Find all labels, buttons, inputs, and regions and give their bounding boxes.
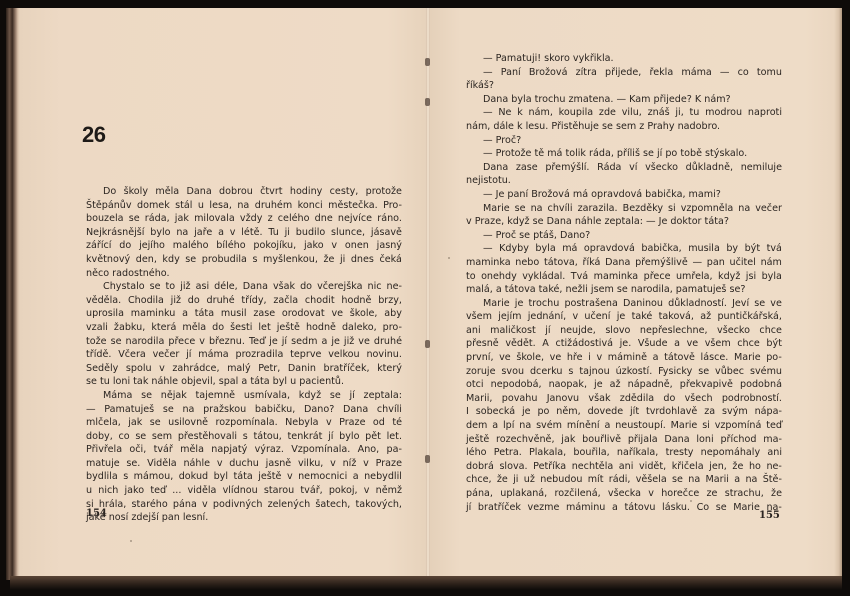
text-line: malá, a tátova také, nežli jsem se narod… bbox=[466, 283, 782, 297]
text-line: květnovýden,kdyseprobudilasmyšlenkou,žej… bbox=[86, 253, 402, 267]
text-line: mlčela,jakseusilovněrozpomínala.NebylavP… bbox=[86, 416, 402, 430]
right-page-text: — Pamatuji! skoro vykřikla.—PaníBrožováz… bbox=[466, 52, 782, 514]
text-line: říkáš? bbox=[466, 79, 782, 93]
book-spine bbox=[426, 8, 430, 578]
paper-speck bbox=[130, 540, 132, 542]
text-line: demalpínasvémmíněníaneustoupí.Mariesivzp… bbox=[466, 419, 782, 433]
text-line: Dana byla trochu zmatena. — Kam přijede?… bbox=[466, 93, 782, 107]
binding-stitch bbox=[425, 58, 430, 66]
text-line: jaké nosí zdejší pan lesní. bbox=[86, 511, 402, 525]
text-line: unichjakoteď...vidělavlídnoustaroutvář,p… bbox=[86, 484, 402, 498]
text-line: první,veškole,vehřeivmáminěatátovělásce.… bbox=[466, 351, 782, 365]
text-line: —PaníBrožovázítrapřijede,řeklamáma—cotom… bbox=[466, 66, 782, 80]
text-line: doby,cosesempřestěhovalistátou,tenkrátjí… bbox=[86, 430, 402, 444]
right-page-number: 155 bbox=[759, 510, 780, 521]
text-line: věděla.Chodilajiždodruhétřídy,začlachodi… bbox=[86, 294, 402, 308]
text-line: ještěrozechvěně,jakbouřlivěpřijalaDanalo… bbox=[466, 433, 782, 447]
binding-stitch bbox=[425, 98, 430, 106]
text-line: otcinepodobá,naopak,jeažnápadně,překvapi… bbox=[466, 378, 782, 392]
text-line: MariejetrochupostrašenaDaninoudůkladnost… bbox=[466, 297, 782, 311]
text-line: zorujesvoudcerkustajnouúzkostí.Fysickyse… bbox=[466, 365, 782, 379]
text-line: Danazasepřemýšlí.Rádavívšeckodůkladně,ne… bbox=[466, 161, 782, 175]
text-line: — Proč se ptáš, Dano? bbox=[466, 229, 782, 243]
text-line: Mariesenachvílizarazila.Bezděkysivzpomně… bbox=[466, 202, 782, 216]
text-line: sihrála,staréhopánavpodivnýchzelenýchšat… bbox=[86, 498, 402, 512]
text-line: se tu loni tak náhle objevil, spal a tát… bbox=[86, 375, 402, 389]
book-left-edge bbox=[6, 8, 20, 580]
text-line: —Kdybybylamáopravdovábabička,musilabybýt… bbox=[466, 242, 782, 256]
text-line: Chystalosetojižasidéle,Danavšakdovčerejš… bbox=[86, 280, 402, 294]
text-line: matujese.Vidělanáhlevduchujasněvilku,vní… bbox=[86, 457, 402, 471]
text-line: — Je paní Brožová má opravdová babička, … bbox=[466, 188, 782, 202]
text-line: uprosilamaminkuatátamusilzaseorodovatveš… bbox=[86, 307, 402, 321]
text-line: léhoPetra.Plakala,bouřila,naříkala,trest… bbox=[466, 446, 782, 460]
paper-speck bbox=[448, 257, 450, 259]
text-line: přesněvědět.Actižádostiváje.Všudeavevšem… bbox=[466, 337, 782, 351]
text-line: bouzelaseráda,jakmilovalavždyzceléhodnen… bbox=[86, 212, 402, 226]
left-page-text: DoškolymělaDanadobroučtvrthodinycesty,pr… bbox=[86, 185, 402, 525]
text-line: dobráslova.Petříkanechtělaanividět,křiče… bbox=[466, 460, 782, 474]
text-line: Marii,povahuJanovuvšakzdědiladovšechpodr… bbox=[466, 392, 782, 406]
text-line: nejistotu. bbox=[466, 174, 782, 188]
text-line: pána,uplakaná,rozčilená,všeckavhorečceze… bbox=[466, 487, 782, 501]
open-book: 26 DoškolymělaDanadobroučtvrthodinycesty… bbox=[0, 0, 850, 596]
text-line: všemjejímjednání,vučeníjetakétaková,ažpu… bbox=[466, 310, 782, 324]
text-line: Mámasenějaktajemněusmívala,kdyžsejízepta… bbox=[86, 389, 402, 403]
text-line: — Pamatuji! skoro vykřikla. bbox=[466, 52, 782, 66]
text-line: maminkanebotátova,říkáDanapřemýšlivě—pan… bbox=[466, 256, 782, 270]
text-line: Přivřelaoči,tvářmělanapjatývýraz.Vzpomín… bbox=[86, 443, 402, 457]
text-line: animaličkostjíneujde,slovonepřeslechne,v… bbox=[466, 324, 782, 338]
text-line: v Praze, když se Dana náhle zeptala: — J… bbox=[466, 215, 782, 229]
text-line: — Proč? bbox=[466, 134, 782, 148]
text-line: třídě.Včeravečerjímámaprozradilateprveve… bbox=[86, 348, 402, 362]
text-line: Nejkrásnějšíbylonajařeavlétě.Tujibudilos… bbox=[86, 226, 402, 240]
paper-speck bbox=[690, 500, 692, 502]
text-line: tožesenarodilapřecevbřeznu.Teďjejísedmaj… bbox=[86, 335, 402, 349]
chapter-number: 26 bbox=[82, 122, 105, 148]
text-line: bydlilasmámou,dokudbyltátaještěvnemocnic… bbox=[86, 470, 402, 484]
binding-stitch bbox=[425, 340, 430, 348]
book-right-edge bbox=[834, 8, 842, 580]
text-line: chce,žejiužnebudoumítrádi,věšelasenaMari… bbox=[466, 473, 782, 487]
text-line: Sedělyspoluvzahrádce,malýPetr,Daninbratř… bbox=[86, 362, 402, 376]
text-line: — Protože tě má tolik ráda, příliš se jí… bbox=[466, 147, 782, 161]
text-line: zářícídojejíhomaléhobíléhopokojíku,jakov… bbox=[86, 239, 402, 253]
text-line: Štěpánůvdomekstálulesa,nadruhémkonciměst… bbox=[86, 199, 402, 213]
text-line: jíbratříčekvezmemáminuatátovulásku.CoseM… bbox=[466, 501, 782, 515]
left-page-number: 154 bbox=[86, 508, 107, 519]
text-line: Isobeckájeponěm,dovedejíttvrdohlavězasvý… bbox=[466, 405, 782, 419]
text-line: nám, dále k lesu. Přistěhuje se sem z Pr… bbox=[466, 120, 782, 134]
text-line: něco radostného. bbox=[86, 267, 402, 281]
binding-stitch bbox=[425, 455, 430, 463]
text-line: vzaližabku,kteráměladošestiletještěhodně… bbox=[86, 321, 402, 335]
text-line: DoškolymělaDanadobroučtvrthodinycesty,pr… bbox=[86, 185, 402, 199]
text-line: toonehdyvykládal.Tvámaminkapřeceumřela,k… bbox=[466, 270, 782, 284]
text-line: —Pamatuješsenapražskoubabičku,Dano?Danac… bbox=[86, 403, 402, 417]
book-bottom-shadow bbox=[10, 576, 842, 590]
text-line: —Neknám,koupilazdevilu,znášji,tumodrouna… bbox=[466, 106, 782, 120]
